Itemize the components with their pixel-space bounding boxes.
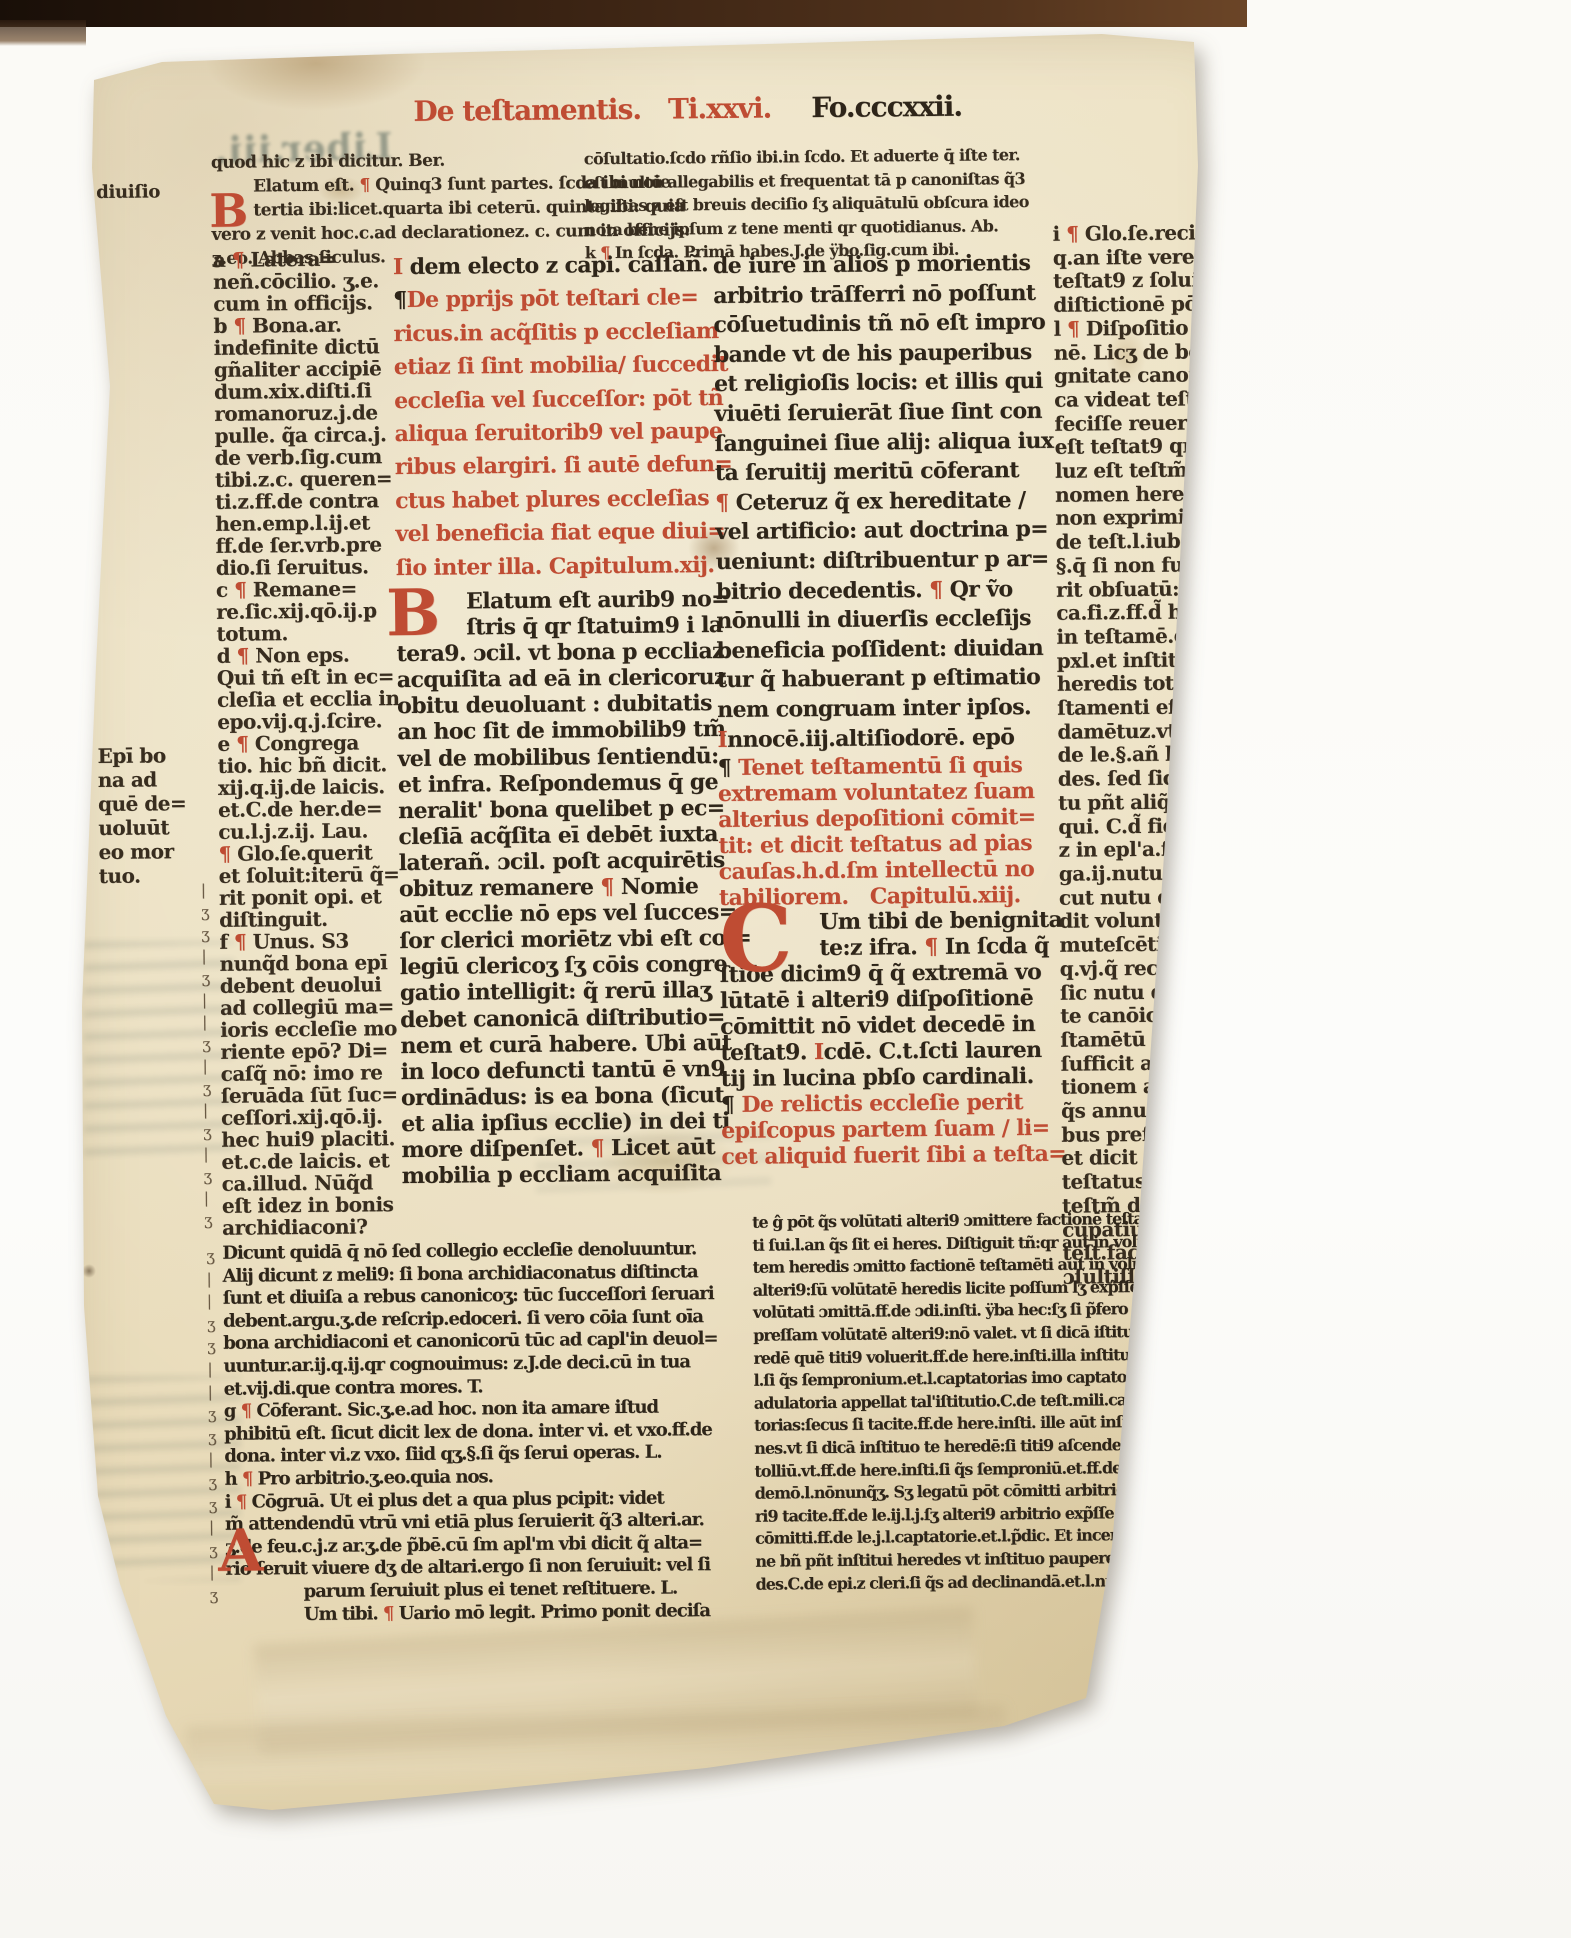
black-text: cōmittit nō videt decedē in	[720, 1011, 1035, 1040]
black-text: mobilia p eccliam acquiſita	[402, 1160, 722, 1189]
rubricated-text: extremam voluntatez ſuam	[718, 778, 1035, 807]
black-text: ʒ	[203, 1079, 211, 1097]
black-text: nota bene ipſum z tene menti qr quotidia…	[584, 216, 998, 239]
black-text: |	[203, 1145, 208, 1163]
black-text: totum.	[216, 621, 288, 646]
text-line: ¶ Glo.ſe.querit	[218, 841, 398, 865]
text-line: ceſſori.xij.qō.ij.	[221, 1105, 401, 1129]
black-text: te:z ifra.	[819, 934, 924, 961]
text-line: et alia ipſius ecclie) in dei ti	[401, 1108, 731, 1137]
text-line: nomen heredis	[1055, 482, 1260, 508]
black-text: ſunt et diuiſa a rebus canonicoʒ: tūc ſu…	[223, 1283, 714, 1309]
black-text: eſt multū allegabilis et frequentat tā p…	[584, 169, 1025, 192]
text-line: rit ponit opi. et	[219, 885, 399, 909]
text-line: muteſcētis. xvj.	[1059, 932, 1264, 958]
rubricated-text: aliqua ſeruitorib9 vel paupe	[394, 418, 722, 447]
rubricated-text: ¶	[236, 643, 255, 667]
black-text: ʒ	[206, 1247, 214, 1265]
text-line: ſanguinei ſiue alij: aliqua iux	[714, 426, 1049, 459]
black-text: ri pñt.	[1220, 811, 1287, 836]
black-text: h	[224, 1469, 242, 1490]
paper-page: Liber.iii. De teſtamentis. Ti.xxvi. Fo.c…	[66, 26, 1251, 1844]
black-text: ʒ	[201, 925, 209, 943]
text-line: eccleſia vel ſucceſſor: pōt tñ	[394, 382, 724, 419]
black-text: rit ponit opi. et	[219, 884, 382, 910]
black-text: Pro arbitrio.ʒ.eo.quia nos.	[258, 1466, 493, 1489]
black-text: q.an iſte vere ſit	[1053, 244, 1225, 270]
margin-note-nutu: Nutualiq̃ fieri pñt.	[1220, 762, 1316, 835]
black-text: dit voluntas ob	[1059, 908, 1219, 934]
black-text: c	[216, 578, 234, 602]
text-line: a ¶ Latera=	[213, 247, 393, 271]
text-line: qui. C.d̃ fideicō.	[1058, 813, 1263, 839]
text-line: aliqua ſeruitorib9 vel paupe	[394, 415, 724, 452]
rubricated-text: I	[393, 254, 410, 280]
black-text: cleſiā acq̃ſita eī debēt iuxta	[398, 821, 718, 850]
rubricated-text: Tenet teſtamentū ſi quis	[738, 752, 1022, 781]
black-text: Licet aūt	[611, 1134, 715, 1161]
drop-cap-initial: C	[719, 897, 793, 980]
text-line: nē. Licʒ de beni=	[1054, 339, 1259, 365]
text-line: ſtamētū ſicut et	[1060, 1027, 1265, 1053]
black-text: ¶	[721, 1092, 742, 1118]
rubricated-text: cauſas.h.d.ſm intellectū no	[719, 856, 1035, 885]
rubricated-text: ¶	[590, 1135, 611, 1161]
black-text: ſtamētū ſicut et	[1060, 1026, 1229, 1052]
black-text: aliq̃ fie	[1220, 786, 1294, 811]
text-line: luz eſt teſtm̃. vbi	[1055, 458, 1260, 484]
text-line: et.C.de her.de=	[218, 797, 398, 821]
text-line: |	[207, 1290, 221, 1313]
black-text: te ĝ pōt q̃s volūtati alteri9 ɔmittere f…	[752, 1209, 1179, 1232]
text-line: debent deuolui	[220, 973, 400, 997]
text-line: De teſtamentis. Ti.xxvi. Fo.cccxxii.	[413, 90, 973, 129]
black-text: cōſultatio.ſcdo rñſio ibi.in ſcdo. Et ad…	[584, 145, 1020, 168]
text-line: ʒ	[206, 1245, 220, 1268]
black-text: teſtat9.	[720, 1039, 814, 1066]
text-line: |	[201, 945, 215, 967]
black-text: et alia ipſius ecclie) in dei ti	[401, 1108, 730, 1137]
text-line: §.q̄ ſi non fue=	[1056, 553, 1261, 579]
black-text: des.C.de epi.z cleri.ſi q̃s ad declinand…	[755, 1570, 1160, 1593]
black-text: ctio an	[1177, 1264, 1247, 1287]
black-text: a	[213, 248, 232, 272]
text-line: bitrio decedentis. ¶ Qr ṽo	[716, 574, 1051, 607]
text-line: des.C.de epi.z cleri.ſi q̃s ad declinand…	[755, 1569, 1175, 1596]
text-line: et dicit decedere	[1061, 1145, 1266, 1171]
black-text: muteſcētis. xvj.	[1059, 931, 1222, 957]
drop-cap-initial: B	[209, 191, 248, 233]
text-line: tionem alteri9 q̄	[1061, 1074, 1266, 1100]
rubricated-text: De relictis eccleſie perit	[741, 1089, 1023, 1118]
black-text: Um tibi de benignita	[819, 907, 1062, 935]
text-line: feciſſe reuera nō	[1054, 410, 1259, 436]
black-text: b	[213, 314, 233, 338]
black-text: |	[203, 1101, 208, 1119]
text-line: ſufficit ad locu=	[1060, 1050, 1265, 1076]
black-text: ¶	[393, 287, 407, 313]
text-line: poſſit	[1177, 1287, 1272, 1311]
rubricated-text: ¶	[241, 1401, 257, 1422]
text-line: acquiſita ad eā in clericoruz	[397, 664, 727, 693]
black-text: Uario mō legit. Primo ponit deciſa	[399, 1600, 711, 1624]
black-text: Fo.cccxxii.	[811, 90, 962, 124]
text-line: |	[203, 1099, 217, 1121]
black-text: Nomie	[621, 873, 699, 900]
text-line: tu pñt aliq̃ relin	[1058, 790, 1263, 816]
black-text: rio ſeruit viuere dʒ de altari.ergo ſi n…	[225, 1554, 710, 1580]
black-text: ſtamenti eſt fun	[1057, 694, 1227, 720]
black-text: tuo.	[99, 864, 141, 888]
black-text: pxl.et inſtitutio	[1057, 647, 1220, 673]
black-text: te canōica fit te=	[1060, 1002, 1244, 1028]
black-text: debent.argu.ʒ.de reſcrip.edoceri. ſi ver…	[223, 1306, 703, 1332]
text-line: Epī bo	[97, 743, 207, 768]
text-line: dona. inter vi.z vxo. ſiid qʒ.§.ſi q̃s ſ…	[224, 1442, 704, 1469]
rubricated-text: ¶	[233, 313, 252, 337]
black-text: luz eſt teſtm̃. vbi	[1055, 457, 1232, 483]
black-text: eo mor	[98, 839, 173, 864]
black-text: ne bñ pñt inſtitui heredes vt inſtituo p…	[755, 1548, 1176, 1571]
running-header: De teſtamentis. Ti.xxvi. Fo.cccxxii.	[413, 90, 973, 129]
text-line: Innocē.iij.altiſiodorē. epō	[717, 722, 1052, 755]
text-line: gnitate canoni=	[1054, 363, 1259, 389]
black-text: tolliū.vt.ff.de here.inſti.ſi q̃s ſempro…	[754, 1457, 1170, 1480]
text-line: ſic nutu de eq̃ta	[1060, 979, 1265, 1005]
black-text: viuēti ſeruierāt ſiue ſint con	[714, 398, 1042, 427]
rubricated-text: ctus habet plures eccleſias	[395, 485, 709, 514]
black-text: parum ſeruiuit plus ei tenet reſtituere.…	[304, 1577, 678, 1602]
black-text: alteri9:ſū volūtatē heredis licite poſſu…	[753, 1276, 1177, 1299]
text-line: obitu deuoluant : dubitatis	[397, 690, 727, 719]
text-line: an hoc ſit de immobilib9 tm̃	[397, 716, 727, 745]
black-text: ¶	[718, 755, 739, 781]
rubricated-text: ¶	[929, 576, 950, 602]
rubricated-text: ¶	[600, 243, 615, 262]
black-text: P ij	[1131, 1546, 1167, 1570]
black-text: ʒ	[209, 1495, 217, 1513]
scan-edge-band	[0, 0, 1247, 27]
text-line: cleſia et ecclia in	[217, 687, 397, 711]
text-line: archidiaconi?	[222, 1215, 402, 1239]
black-text: |	[207, 1292, 212, 1310]
black-text: In ſcda q̃	[945, 933, 1049, 960]
black-text: nē. Licʒ de beni=	[1054, 339, 1238, 365]
text-line: legiū clericoʒ ſʒ cōis congre	[400, 951, 730, 980]
rubricated-text: ¶	[600, 874, 621, 900]
drop-cap-initial: B	[386, 585, 441, 643]
column-main-left-head: I dem electo z capi. caſſañ.¶De pprijs p…	[393, 248, 726, 585]
black-text: m̃ attendendū vtrū vni etiā plus ſeruier…	[225, 1509, 704, 1535]
text-line: et religioſis locis: et illis qui	[714, 367, 1049, 400]
black-text: q.vj.q̃ recedunt.	[1060, 955, 1227, 981]
black-text: f	[219, 930, 234, 954]
black-text: et dicit decedere	[1061, 1144, 1241, 1170]
black-text: |	[207, 1270, 212, 1288]
text-line: ricus.in acq̃ſitis p eccleſiam	[393, 315, 723, 352]
text-line: beneficia poſſident: diuidan	[716, 634, 1051, 667]
rubricated-text: ¶	[924, 934, 945, 960]
black-text: dona. inter vi.z vxo. ſiid qʒ.§.ſi q̃s ſ…	[224, 1442, 661, 1467]
text-line: eſt idez in bonis	[222, 1193, 402, 1217]
rubricated-text: epiſcopus partem ſuam / li=	[721, 1115, 1050, 1144]
black-text: torias:ſecus ſi tacite.ff.de here.inſti.…	[754, 1412, 1171, 1435]
text-line: aūt ecclie nō eps vel ſucces=	[399, 899, 729, 928]
black-text: acquiſita ad eā in clericoruz	[397, 664, 726, 693]
text-line: z in epl'a.ff.de le	[1058, 837, 1263, 863]
black-text: ʒ	[207, 1337, 215, 1355]
text-line: |	[204, 1187, 218, 1209]
black-text: i	[1052, 222, 1066, 246]
black-text: Diſpoſitio	[1086, 315, 1188, 340]
text-line: et ſoluit:iterū q̃=	[219, 863, 399, 887]
text-line: ca.fi.z.ff.d̃ his q̃	[1056, 600, 1261, 626]
rubricated-text: De teſtamentis.	[413, 92, 668, 127]
black-text: obituz remanere	[399, 874, 601, 902]
black-text: volūtati ɔmittā.ff.de ɔdi.inſti. ÿba hec…	[753, 1299, 1170, 1322]
text-line: in teſtamē.delʒ.	[1056, 624, 1261, 650]
text-line: cleſiā acq̃ſita eī debēt iuxta	[398, 821, 728, 850]
text-line: tur q̃ habuerant p eſtimatio	[717, 663, 1052, 696]
text-line: Elatum eſt aurib9 no=	[396, 586, 726, 615]
black-text: arbi=	[1177, 1358, 1233, 1381]
text-line: Um tibi. ¶ Uario mō legit. Primo ponit d…	[226, 1600, 706, 1627]
text-line: trio.	[1178, 1381, 1273, 1405]
text-line: more diſpenſet. ¶ Licet aūt	[401, 1134, 731, 1163]
text-line: viuēti ſeruierāt ſiue ſint con	[714, 397, 1049, 430]
drop-cap-initial: A	[218, 1524, 264, 1577]
black-text: tur q̃ habuerant p eſtimatio	[717, 664, 1041, 693]
black-text: ta ſeruitij meritū cōferant	[715, 457, 1019, 486]
rubricated-text: vel beneficia fiat eque diui=	[395, 518, 725, 547]
text-line: ribus elargiri. ſi autē defun=	[395, 448, 725, 485]
text-line: arbi=	[1177, 1358, 1272, 1382]
black-text: ʒ	[209, 1541, 217, 1559]
text-line: ʒ	[207, 1313, 221, 1336]
text-line: caſq̃ nō: imo re	[221, 1061, 401, 1085]
text-line: tibi.z.c. queren=	[215, 467, 395, 491]
text-line: dit voluntas ob	[1059, 908, 1264, 934]
text-line: uoluūt	[98, 815, 208, 840]
rubricated-text: eccleſia vel ſucceſſor: pōt tñ	[394, 385, 723, 414]
black-text: adulatoria appellat tal'iſtitutio.C.de t…	[754, 1390, 1165, 1413]
column-main-right-head: de iure in alios p morientisarbitrio trā…	[713, 249, 1053, 755]
text-line: q.an iſte vere ſit	[1053, 245, 1258, 271]
text-line: neñ.cōcilio. ʒ.e.	[213, 269, 393, 293]
text-line: ¶De pprijs pōt teſtari cle=	[393, 281, 723, 318]
text-line: |	[207, 1358, 221, 1381]
text-line: de le.§.añ here=	[1058, 742, 1263, 768]
black-text: more diſpenſet.	[401, 1135, 590, 1163]
text-line: ʒ	[208, 1426, 222, 1449]
rubricated-text: ¶	[359, 175, 375, 195]
black-text: Ceteruz q̃ ex hereditate /	[736, 487, 1026, 516]
rubricated-text: I	[814, 1039, 824, 1065]
rubricated-text: ¶	[383, 1603, 399, 1624]
text-line: ctio an	[1177, 1264, 1272, 1288]
text-line: ctus habet plures eccleſias	[395, 482, 725, 519]
text-line: bande vt de his pauperibus	[714, 338, 1049, 371]
black-text: gatio intelligit: q̃ rerū illaʒ	[400, 978, 712, 1007]
rubricated-text: ¶	[236, 1491, 252, 1512]
black-text: Um tibi.	[304, 1603, 383, 1625]
text-line: c ¶ Remane=	[216, 577, 396, 601]
black-text: g	[224, 1401, 241, 1422]
black-text: gnitate canoni=	[1054, 362, 1226, 388]
rubricated-text: I	[717, 726, 727, 752]
text-line: de teſt.l.iubem9	[1055, 529, 1260, 555]
black-text: legiſtas z eſt breuis deciſio ſʒ aliquāt…	[584, 192, 1029, 215]
text-line: cōmitti	[1177, 1311, 1272, 1335]
gloss-left-column: a ¶ Latera=neñ.cōcilio. ʒ.e.cum in offic…	[213, 247, 402, 1239]
black-text: uuntur.ar.ij.q.ij.qr cognouimus: z.J.de …	[223, 1351, 690, 1376]
black-text: ʒ.de feu.c.j.z ar.ʒ.de p̃bē.cū ſm apl'm …	[225, 1532, 702, 1558]
black-text: heredis toti9 te=	[1057, 670, 1238, 696]
black-text: Cōferant. Sic.ʒ.e.ad hoc. non ita amare …	[256, 1397, 658, 1422]
text-line: ʒ	[209, 1493, 223, 1516]
black-text: |	[202, 1013, 207, 1031]
rubricated-text: De pprijs pōt teſtari cle=	[407, 285, 699, 314]
black-text: aūt ecclie nō eps vel ſucces=	[399, 899, 737, 928]
black-text: ti ſui.l.an q̃s ſit ei heres. Diſtiguit …	[752, 1231, 1163, 1254]
black-text: |	[204, 1189, 209, 1207]
text-line: uuntur.ar.ij.q.ij.qr cognouimus: z.J.de …	[223, 1351, 703, 1378]
text-line: pxl.et inſtitutio	[1057, 647, 1262, 673]
black-text: diuiſio	[96, 181, 160, 203]
black-text: des. ſed ſicut nu	[1058, 765, 1232, 791]
black-text: tu pñt aliq̃ relin	[1058, 789, 1227, 815]
black-text: eſt idez in bonis	[222, 1192, 394, 1218]
text-line: ʒ	[201, 923, 215, 945]
black-text: Cōgruā. Ut ei plus det a qua plus pcipit…	[251, 1487, 663, 1512]
black-text: |	[208, 1450, 213, 1468]
gloss-top-right: cōſultatio.ſcdo rñſio ibi.in ſcdo. Et ad…	[584, 143, 1055, 265]
text-line: f ¶ Unus. S3	[219, 929, 399, 953]
black-text: ʒ	[208, 1405, 216, 1423]
black-text: |	[202, 991, 207, 1009]
text-line: nunq̃d bona epī	[219, 951, 399, 975]
rubricated-text: ricus.in acq̃ſitis p eccleſiam	[393, 318, 718, 347]
black-text: |	[201, 881, 206, 899]
black-text: |	[207, 1360, 212, 1378]
black-text: d	[217, 644, 237, 668]
black-text: eſt teſtat9 qr nul	[1055, 433, 1235, 459]
black-text: Alij dicunt z meli9: ſi bona archidiacon…	[222, 1261, 697, 1287]
text-line: bus preſentib9.	[1061, 1121, 1266, 1147]
black-text: cōmitti	[1177, 1311, 1250, 1334]
text-line: ʒ	[208, 1403, 222, 1426]
text-line: nōnulli in diuerſis eccleſijs	[716, 604, 1051, 637]
text-line: |	[201, 879, 215, 901]
black-text: Dicunt quidā q̄ nō ſed collegio eccleſie…	[222, 1238, 696, 1264]
black-text: bus preſentib9.	[1061, 1121, 1225, 1147]
text-line: in loco defuncti tantū ē vn9	[401, 1056, 731, 1085]
rubricated-text: alterius depoſitioni cōmit=	[718, 804, 1036, 833]
black-text: tem heredis ɔmitto factionē teſtamēti au…	[752, 1254, 1173, 1277]
text-line: ioris eccleſie mo	[220, 1017, 400, 1041]
black-text: alteri9	[1177, 1334, 1245, 1357]
black-text: na ad	[98, 767, 157, 792]
black-text: Latera=	[250, 247, 336, 272]
text-line: nem et curā habere. Ubi aūt	[400, 1030, 730, 1059]
black-text: an hoc ſit de immobilib9 tm̃	[397, 716, 725, 745]
black-text: phibitū eſt. ſicut dicit lex de dona. in…	[224, 1419, 712, 1445]
text-line: ʒ	[204, 1209, 218, 1231]
black-text: e	[217, 732, 236, 756]
rubricated-text: ribus elargiri. ſi autē defun=	[395, 451, 733, 480]
text-line: ſtris q̄ qr ſtatuim9 i la	[396, 612, 726, 641]
black-text: cum in officijs.	[213, 290, 373, 316]
black-text: nōnulli in diuerſis eccleſijs	[716, 605, 1031, 634]
black-text: Elatum eſt aurib9 no=	[466, 586, 729, 615]
text-line: ueniunt: diſtribuentur p ar=	[716, 545, 1051, 578]
black-text: ʒ	[203, 1123, 211, 1141]
black-text: q̃s annuat teſti=	[1061, 1097, 1235, 1123]
black-text: redē quē titi9 voluerit.ff.de here.inſti…	[753, 1344, 1171, 1367]
text-line: teſtat9 z ſoluit z	[1053, 268, 1258, 294]
black-text: et religioſis locis: et illis qui	[714, 368, 1043, 397]
text-line: quē de=	[98, 791, 208, 816]
text-line: eo mor	[98, 839, 208, 864]
black-text: damētuz.vt iſti.	[1057, 718, 1220, 744]
black-text: quod hic z ibi dicitur. Ber.	[211, 151, 445, 173]
text-line: ca.illud. Nūq̃d	[222, 1171, 402, 1195]
text-line: gatio intelligit: q̃ rerū illaʒ	[400, 977, 730, 1006]
black-text: vel de mobilibus ſentiendū:	[397, 743, 718, 772]
text-line: ʒ	[203, 1121, 217, 1143]
black-text: ſufficit ad locu=	[1060, 1050, 1234, 1076]
black-text: nem et curā habere. Ubi aūt	[400, 1030, 731, 1059]
black-text: quē de=	[98, 791, 186, 816]
text-line: obituz remanere ¶ Nomie	[399, 873, 729, 902]
black-text: l.ſi q̃s ſempronium.et.l.captatorias imo…	[754, 1367, 1163, 1390]
black-text: ʒ	[208, 1428, 216, 1446]
text-line: vel de mobilibus ſentiendū:	[397, 742, 727, 771]
text-line: arbitrio trāſferri nō poſſunt	[713, 278, 1048, 311]
black-text: Glo.ſe.reci.p	[1085, 220, 1216, 245]
black-text: Bona.ar.	[252, 313, 342, 338]
text-line: debet canonicā diſtributio=	[400, 1003, 730, 1032]
black-text: nomen heredis	[1055, 481, 1215, 507]
black-text: Qr ṽo	[950, 576, 1013, 603]
black-text: ʒ	[204, 1167, 212, 1185]
text-line: cōſuetudinis tñ nō eſt impro	[713, 308, 1048, 341]
text-line: teſtatus: et tale	[1062, 1169, 1267, 1195]
text-line: ad collegiū ma=	[220, 995, 400, 1019]
text-line: mēti fa	[1176, 1240, 1271, 1264]
scanned-page-photo: { "ghost": { "text": "Liber.iii." }, "he…	[0, 0, 1571, 1938]
black-text: bande vt de his pauperibus	[714, 339, 1032, 368]
text-line: ſeruāda ſūt ſuc=	[221, 1083, 401, 1107]
text-line: ʒ	[201, 901, 215, 923]
text-line: totum.	[216, 621, 396, 645]
black-text: ordinādus: is ea bona (ſicut	[401, 1082, 724, 1111]
text-line: ri pñt.	[1220, 810, 1315, 835]
black-text: tera9. ɔcil. vt bona p eccliaz	[396, 638, 724, 667]
rubricated-text: ¶	[234, 577, 253, 601]
text-line: damētuz.vt iſti.	[1057, 719, 1262, 745]
black-text: |	[208, 1382, 213, 1400]
text-line: tio. hic bñ dicit.	[218, 753, 398, 777]
text-line: heredis toti9 te=	[1057, 671, 1262, 697]
text-line: vel beneficia fiat eque diui=	[395, 515, 725, 552]
text-line: re.ſic.xij.qō.ij.p	[216, 599, 396, 623]
black-text: z in epl'a.ff.de le	[1058, 836, 1234, 862]
text-line: des. ſed ſicut nu	[1058, 766, 1263, 792]
text-line: Teſta=	[1176, 1217, 1271, 1241]
black-text: §.q̄ ſi non fue=	[1056, 552, 1212, 577]
black-text: Teſta=	[1176, 1217, 1242, 1240]
